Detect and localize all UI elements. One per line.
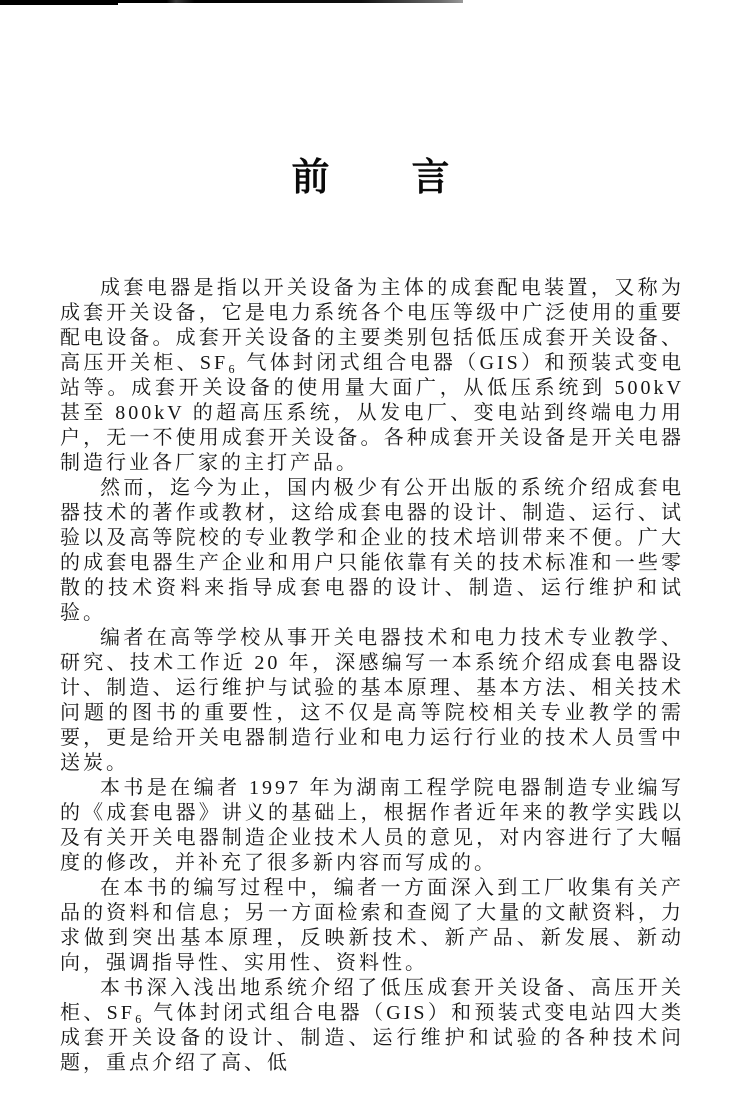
paragraph-4: 本书是在编者 1997 年为湖南工程学院电器制造专业编写的《成套电器》讲义的基础…	[60, 776, 684, 876]
paragraph-3: 编者在高等学校从事开关电器技术和电力技术专业教学、研究、技术工作近 20 年，深…	[60, 626, 684, 776]
paragraph-2: 然而，迄今为止，国内极少有公开出版的系统介绍成套电器技术的著作或教材，这给成套电…	[60, 476, 684, 626]
scan-artifact-line-thick	[0, 0, 118, 5]
paragraph-6: 本书深入浅出地系统介绍了低压成套开关设备、高压开关柜、SF₆ 气体封闭式组合电器…	[60, 976, 684, 1076]
preface-body: 成套电器是指以开关设备为主体的成套配电装置，又称为成套开关设备，它是电力系统各个…	[60, 276, 684, 1076]
page-title: 前 言	[0, 152, 743, 204]
book-page: 前 言 成套电器是指以开关设备为主体的成套配电装置，又称为成套开关设备，它是电力…	[0, 0, 743, 1098]
paragraph-1: 成套电器是指以开关设备为主体的成套配电装置，又称为成套开关设备，它是电力系统各个…	[60, 276, 684, 476]
paragraph-5: 在本书的编写过程中，编者一方面深入到工厂收集有关产品的资料和信息；另一方面检索和…	[60, 876, 684, 976]
